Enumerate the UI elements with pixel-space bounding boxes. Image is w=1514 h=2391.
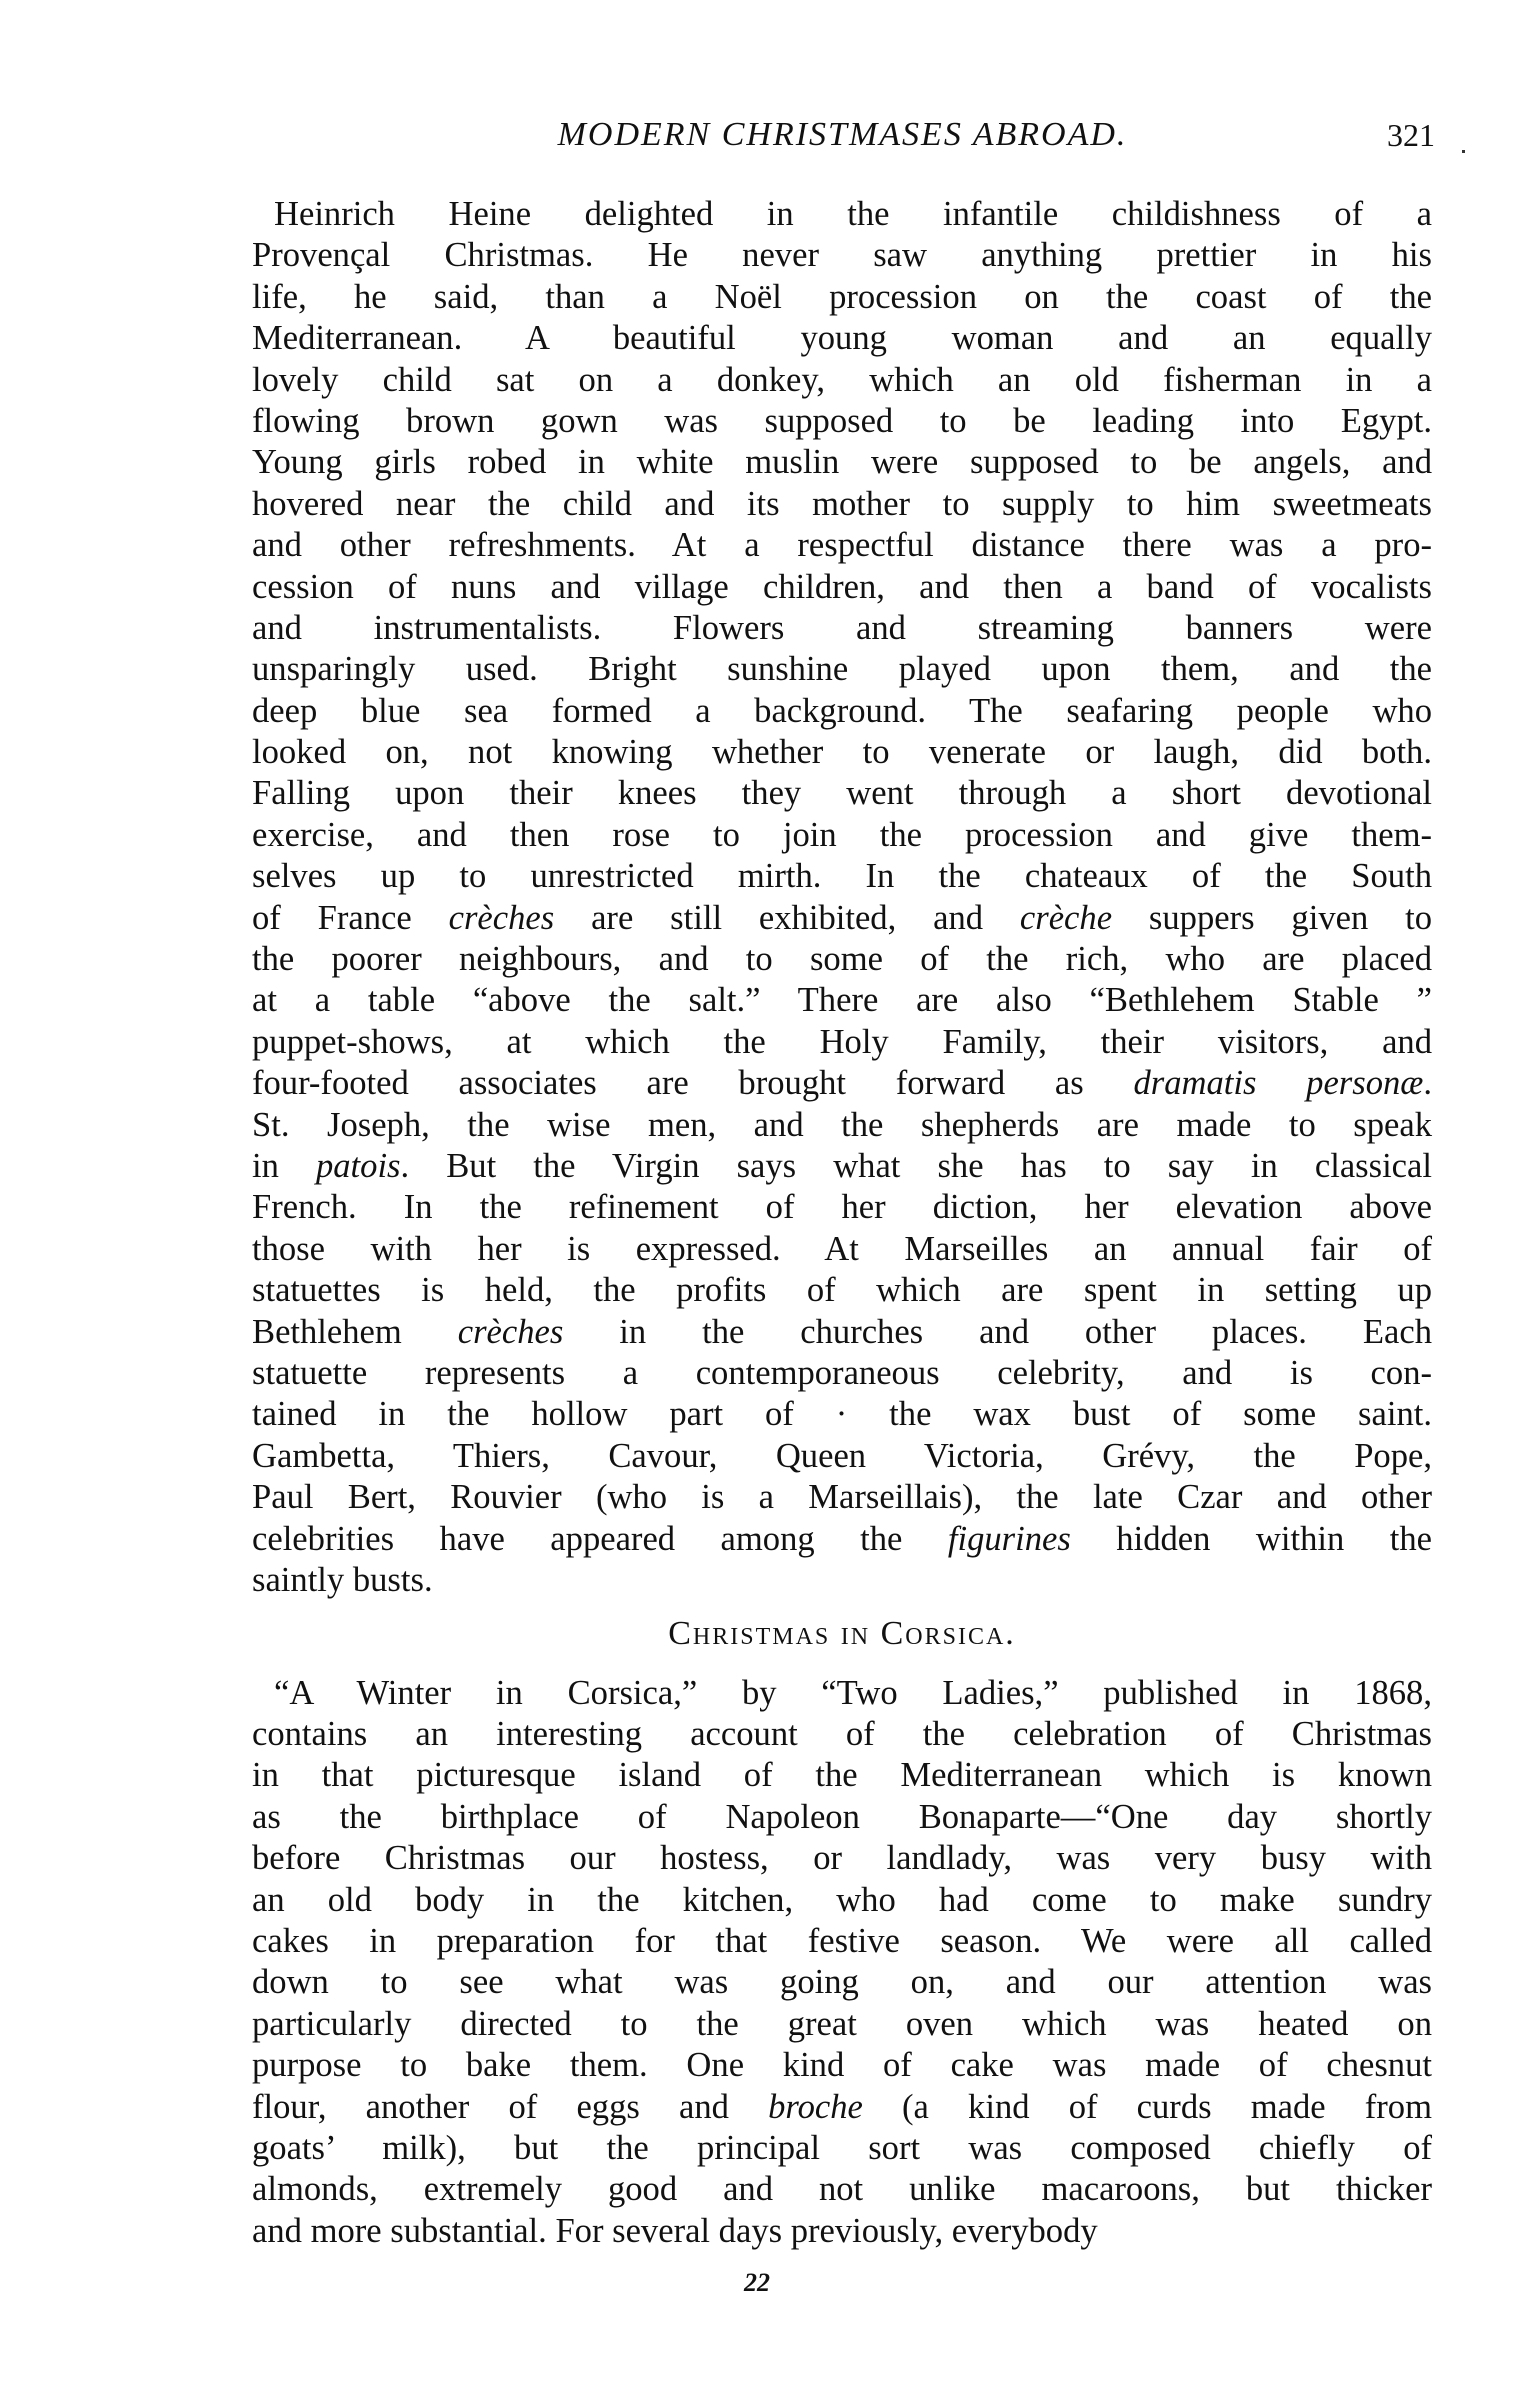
text-line: Provençal Christmas. He never saw anythi… (252, 235, 1432, 276)
running-head: MODERN CHRISTMASES ABROAD. 321 (250, 113, 1435, 157)
text-line: those with her is expressed. At Marseill… (252, 1229, 1432, 1270)
text-line: in patois. But the Virgin says what she … (252, 1146, 1432, 1187)
body-text: Heinrich Heine delighted in the infantil… (252, 194, 1432, 2252)
text-line: at a table “above the salt.” There are a… (252, 980, 1432, 1021)
text-line: Bethlehem crèches in the churches and ot… (252, 1312, 1432, 1353)
print-speck (1462, 150, 1465, 153)
text-line: of France crèches are still exhibited, a… (252, 898, 1432, 939)
text-line: particularly directed to the great oven … (252, 2004, 1432, 2045)
italic-term: patois (316, 1147, 401, 1185)
paragraph-heine-provencal-christmas: Heinrich Heine delighted in the infantil… (252, 194, 1432, 1601)
italic-term: crèche (1020, 899, 1112, 937)
text-line: puppet-shows, at which the Holy Family, … (252, 1022, 1432, 1063)
text-line: contains an interesting account of the c… (252, 1714, 1432, 1755)
text-line: and other refreshments. At a respectful … (252, 525, 1432, 566)
section-heading-christmas-in-corsica: Christmas in Corsica. (252, 1613, 1432, 1654)
italic-term: crèches (449, 899, 555, 937)
text-line: and instrumentalists. Flowers and stream… (252, 608, 1432, 649)
text-line: statuette represents a contemporaneous c… (252, 1353, 1432, 1394)
text-line: before Christmas our hostess, or landlad… (252, 1838, 1432, 1879)
text-line: exercise, and then rose to join the proc… (252, 815, 1432, 856)
text-line: life, he said, than a Noël procession on… (252, 277, 1432, 318)
text-line: the poorer neighbours, and to some of th… (252, 939, 1432, 980)
text-line: French. In the refinement of her diction… (252, 1187, 1432, 1228)
text-line: an old body in the kitchen, who had come… (252, 1880, 1432, 1921)
text-line: Heinrich Heine delighted in the infantil… (252, 194, 1432, 235)
text-line: flour, another of eggs and broche (a kin… (252, 2087, 1432, 2128)
text-line: cakes in preparation for that festive se… (252, 1921, 1432, 1962)
text-line: almonds, extremely good and not unlike m… (252, 2169, 1432, 2210)
text-line: goats’ milk), but the principal sort was… (252, 2128, 1432, 2169)
text-line: unsparingly used. Bright sunshine played… (252, 649, 1432, 690)
text-line: Paul Bert, Rouvier (who is a Marseillais… (252, 1477, 1432, 1518)
text-line: down to see what was going on, and our a… (252, 1962, 1432, 2003)
text-line: Gambetta, Thiers, Cavour, Queen Victoria… (252, 1436, 1432, 1477)
signature-mark: 22 (0, 2268, 1514, 2298)
running-title: MODERN CHRISTMASES ABROAD. (250, 113, 1435, 157)
book-page: MODERN CHRISTMASES ABROAD. 321 Heinrich … (0, 0, 1514, 2391)
text-line: looked on, not knowing whether to venera… (252, 732, 1432, 773)
text-line: Falling upon their knees they went throu… (252, 773, 1432, 814)
text-line: cession of nuns and village children, an… (252, 567, 1432, 608)
text-line: celebrities have appeared among the figu… (252, 1519, 1432, 1560)
text-line: deep blue sea formed a background. The s… (252, 691, 1432, 732)
paragraph-winter-in-corsica: “A Winter in Corsica,” by “Two Ladies,” … (252, 1673, 1432, 2252)
italic-term: dramatis personæ (1133, 1064, 1423, 1102)
text-line: “A Winter in Corsica,” by “Two Ladies,” … (252, 1673, 1432, 1714)
text-line: saintly busts. (252, 1560, 1432, 1601)
text-line: and more substantial. For several days p… (252, 2211, 1432, 2252)
italic-term: figurines (948, 1520, 1071, 1558)
text-line: selves up to unrestricted mirth. In the … (252, 856, 1432, 897)
text-line: statuettes is held, the profits of which… (252, 1270, 1432, 1311)
text-line: Young girls robed in white muslin were s… (252, 442, 1432, 483)
text-line: Mediterranean. A beautiful young woman a… (252, 318, 1432, 359)
text-line: hovered near the child and its mother to… (252, 484, 1432, 525)
text-line: St. Joseph, the wise men, and the shephe… (252, 1105, 1432, 1146)
text-line: tained in the hollow part of · the wax b… (252, 1394, 1432, 1435)
text-line: lovely child sat on a donkey, which an o… (252, 360, 1432, 401)
text-line: in that picturesque island of the Medite… (252, 1755, 1432, 1796)
text-line: as the birthplace of Napoleon Bonaparte—… (252, 1797, 1432, 1838)
page-number: 321 (1387, 113, 1435, 157)
text-line: flowing brown gown was supposed to be le… (252, 401, 1432, 442)
text-line: four-footed associates are brought forwa… (252, 1063, 1432, 1104)
italic-term: broche (768, 2088, 863, 2126)
italic-term: crèches (458, 1313, 564, 1351)
text-line: purpose to bake them. One kind of cake w… (252, 2045, 1432, 2086)
